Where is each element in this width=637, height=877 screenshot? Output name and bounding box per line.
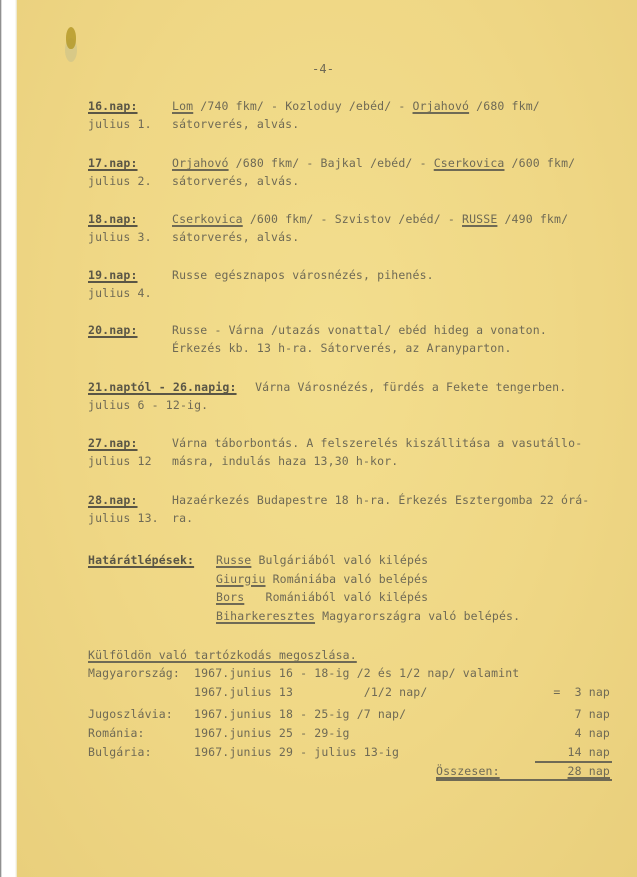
place-name: Biharkeresztes	[216, 609, 315, 623]
entry-text: Russe egésznapos városnézés, pihenés.	[172, 268, 434, 282]
entry-day-label: 18.nap:	[88, 212, 138, 227]
entry-date: julius 4.	[88, 286, 152, 301]
entry-date: julius 3.	[88, 230, 152, 245]
border-crossing-item: Bors Romániából való kilépés	[216, 590, 428, 605]
place-name: Cserkovica	[172, 212, 243, 226]
place-name: RUSSE	[462, 212, 497, 226]
entry-text: Várna táborbontás. A felszerelés kiszáll…	[172, 436, 582, 450]
scan-edge	[0, 0, 17, 877]
entry-text: /490 fkm/	[497, 212, 568, 226]
border-crossing-item: Russe Bulgáriából való kilépés	[216, 553, 428, 568]
entry-description: Várna Városnézés, fürdés a Fekete tenger…	[248, 380, 566, 395]
entry-text: Hazaérkezés Budapestre 18 h-ra. Érkezés …	[172, 493, 589, 507]
entry-text: /680 fkm/	[469, 99, 540, 113]
entry-description: Várna táborbontás. A felszerelés kiszáll…	[172, 436, 582, 451]
entry-description: Orjahovó /680 fkm/ - Bajkal /ebéd/ - Cse…	[172, 156, 575, 171]
total-label: Összesen:	[436, 764, 500, 779]
country-label: Jugoszlávia:	[88, 707, 173, 722]
entry-day-label: 21.naptól - 26.napig:	[88, 380, 237, 395]
days-count: = 3 nap	[553, 685, 610, 700]
period-text: 1967.junius 29 - julius 13-ig	[194, 745, 399, 760]
days-count: 7 nap	[575, 707, 610, 722]
entry-description-cont: ra.	[172, 511, 193, 526]
entry-text: Russe - Várna /utazás vonattal/ ebéd hid…	[172, 323, 547, 337]
border-crossing-item: Biharkeresztes Magyarországra való belép…	[216, 609, 520, 624]
entry-description-cont: sátorverés, alvás.	[172, 117, 299, 132]
sum-line	[535, 761, 612, 763]
entry-date: julius 1.	[88, 117, 152, 132]
entry-description: Lom /740 fkm/ - Kozloduy /ebéd/ - Orjaho…	[172, 99, 540, 114]
entry-description: Cserkovica /600 fkm/ - Szvistov /ebéd/ -…	[172, 212, 568, 227]
place-name: Orjahovó	[172, 156, 229, 170]
entry-description: Russe egésznapos városnézés, pihenés.	[172, 268, 434, 283]
crossing-text: Romániába való belépés	[266, 572, 429, 586]
entry-description-cont: Érkezés kb. 13 h-ra. Sátorverés, az Aran…	[172, 341, 512, 356]
entry-text: /600 fkm/ - Szvistov /ebéd/ -	[243, 212, 462, 226]
entry-text: /680 fkm/ - Bajkal /ebéd/ -	[229, 156, 434, 170]
place-name: Giurgiu	[216, 572, 266, 586]
entry-day-label: 20.nap:	[88, 323, 138, 338]
place-name: Bors	[216, 590, 244, 604]
entry-date: julius 13.	[88, 511, 159, 526]
place-name: Russe	[216, 553, 251, 567]
entry-text: /600 fkm/	[504, 156, 575, 170]
crossing-text: Romániából való kilépés	[244, 590, 428, 604]
paper-stain	[66, 27, 76, 49]
place-name: Orjahovó	[413, 99, 470, 113]
entry-text: Várna Városnézés, fürdés a Fekete tenger…	[248, 380, 566, 394]
place-name: Lom	[172, 99, 193, 113]
border-crossing-item: Giurgiu Romániába való belépés	[216, 572, 428, 587]
days-count: 14 nap	[568, 745, 610, 760]
entry-date: julius 2.	[88, 174, 152, 189]
days-count: 4 nap	[575, 726, 610, 741]
country-label: Magyarország:	[88, 666, 180, 681]
entry-description: Russe - Várna /utazás vonattal/ ebéd hid…	[172, 323, 547, 338]
crossing-text: Bulgáriából való kilépés	[251, 553, 428, 567]
page-number: -4-	[312, 62, 334, 77]
entry-description: Hazaérkezés Budapestre 18 h-ra. Érkezés …	[172, 493, 589, 508]
border-crossings-title: Határátlépések:	[88, 553, 194, 568]
entry-description-cont: sátorverés, alvás.	[172, 174, 299, 189]
entry-day-label: 27.nap:	[88, 436, 138, 451]
entry-date: julius 6 - 12-ig.	[88, 398, 208, 413]
country-label: Bulgária:	[88, 745, 152, 760]
entry-text: /740 fkm/ - Kozloduy /ebéd/ -	[193, 99, 412, 113]
period-text: 1967.julius 13 /1/2 nap/	[194, 685, 427, 700]
entry-day-label: 19.nap:	[88, 268, 138, 283]
entry-description-cont: sátorverés, alvás.	[172, 230, 299, 245]
period-text: 1967.junius 18 - 25-ig /7 nap/	[194, 707, 406, 722]
entry-day-label: 17.nap:	[88, 156, 138, 171]
abroad-title: Külföldön való tartózkodás megoszlása.	[88, 648, 357, 663]
period-text: 1967.junius 16 - 18-ig /2 és 1/2 nap/ va…	[194, 666, 519, 681]
entry-date: julius 12	[88, 454, 152, 469]
entry-day-label: 28.nap:	[88, 493, 138, 508]
entry-description-cont: másra, indulás haza 13,30 h-kor.	[172, 454, 398, 469]
period-text: 1967.junius 25 - 29-ig	[194, 726, 350, 741]
total-days: 28 nap	[568, 764, 610, 779]
place-name: Cserkovica	[434, 156, 505, 170]
total-line	[436, 779, 612, 781]
crossing-text: Magyarországra való belépés.	[315, 609, 520, 623]
entry-day-label: 16.nap:	[88, 99, 138, 114]
country-label: Románia:	[88, 726, 145, 741]
